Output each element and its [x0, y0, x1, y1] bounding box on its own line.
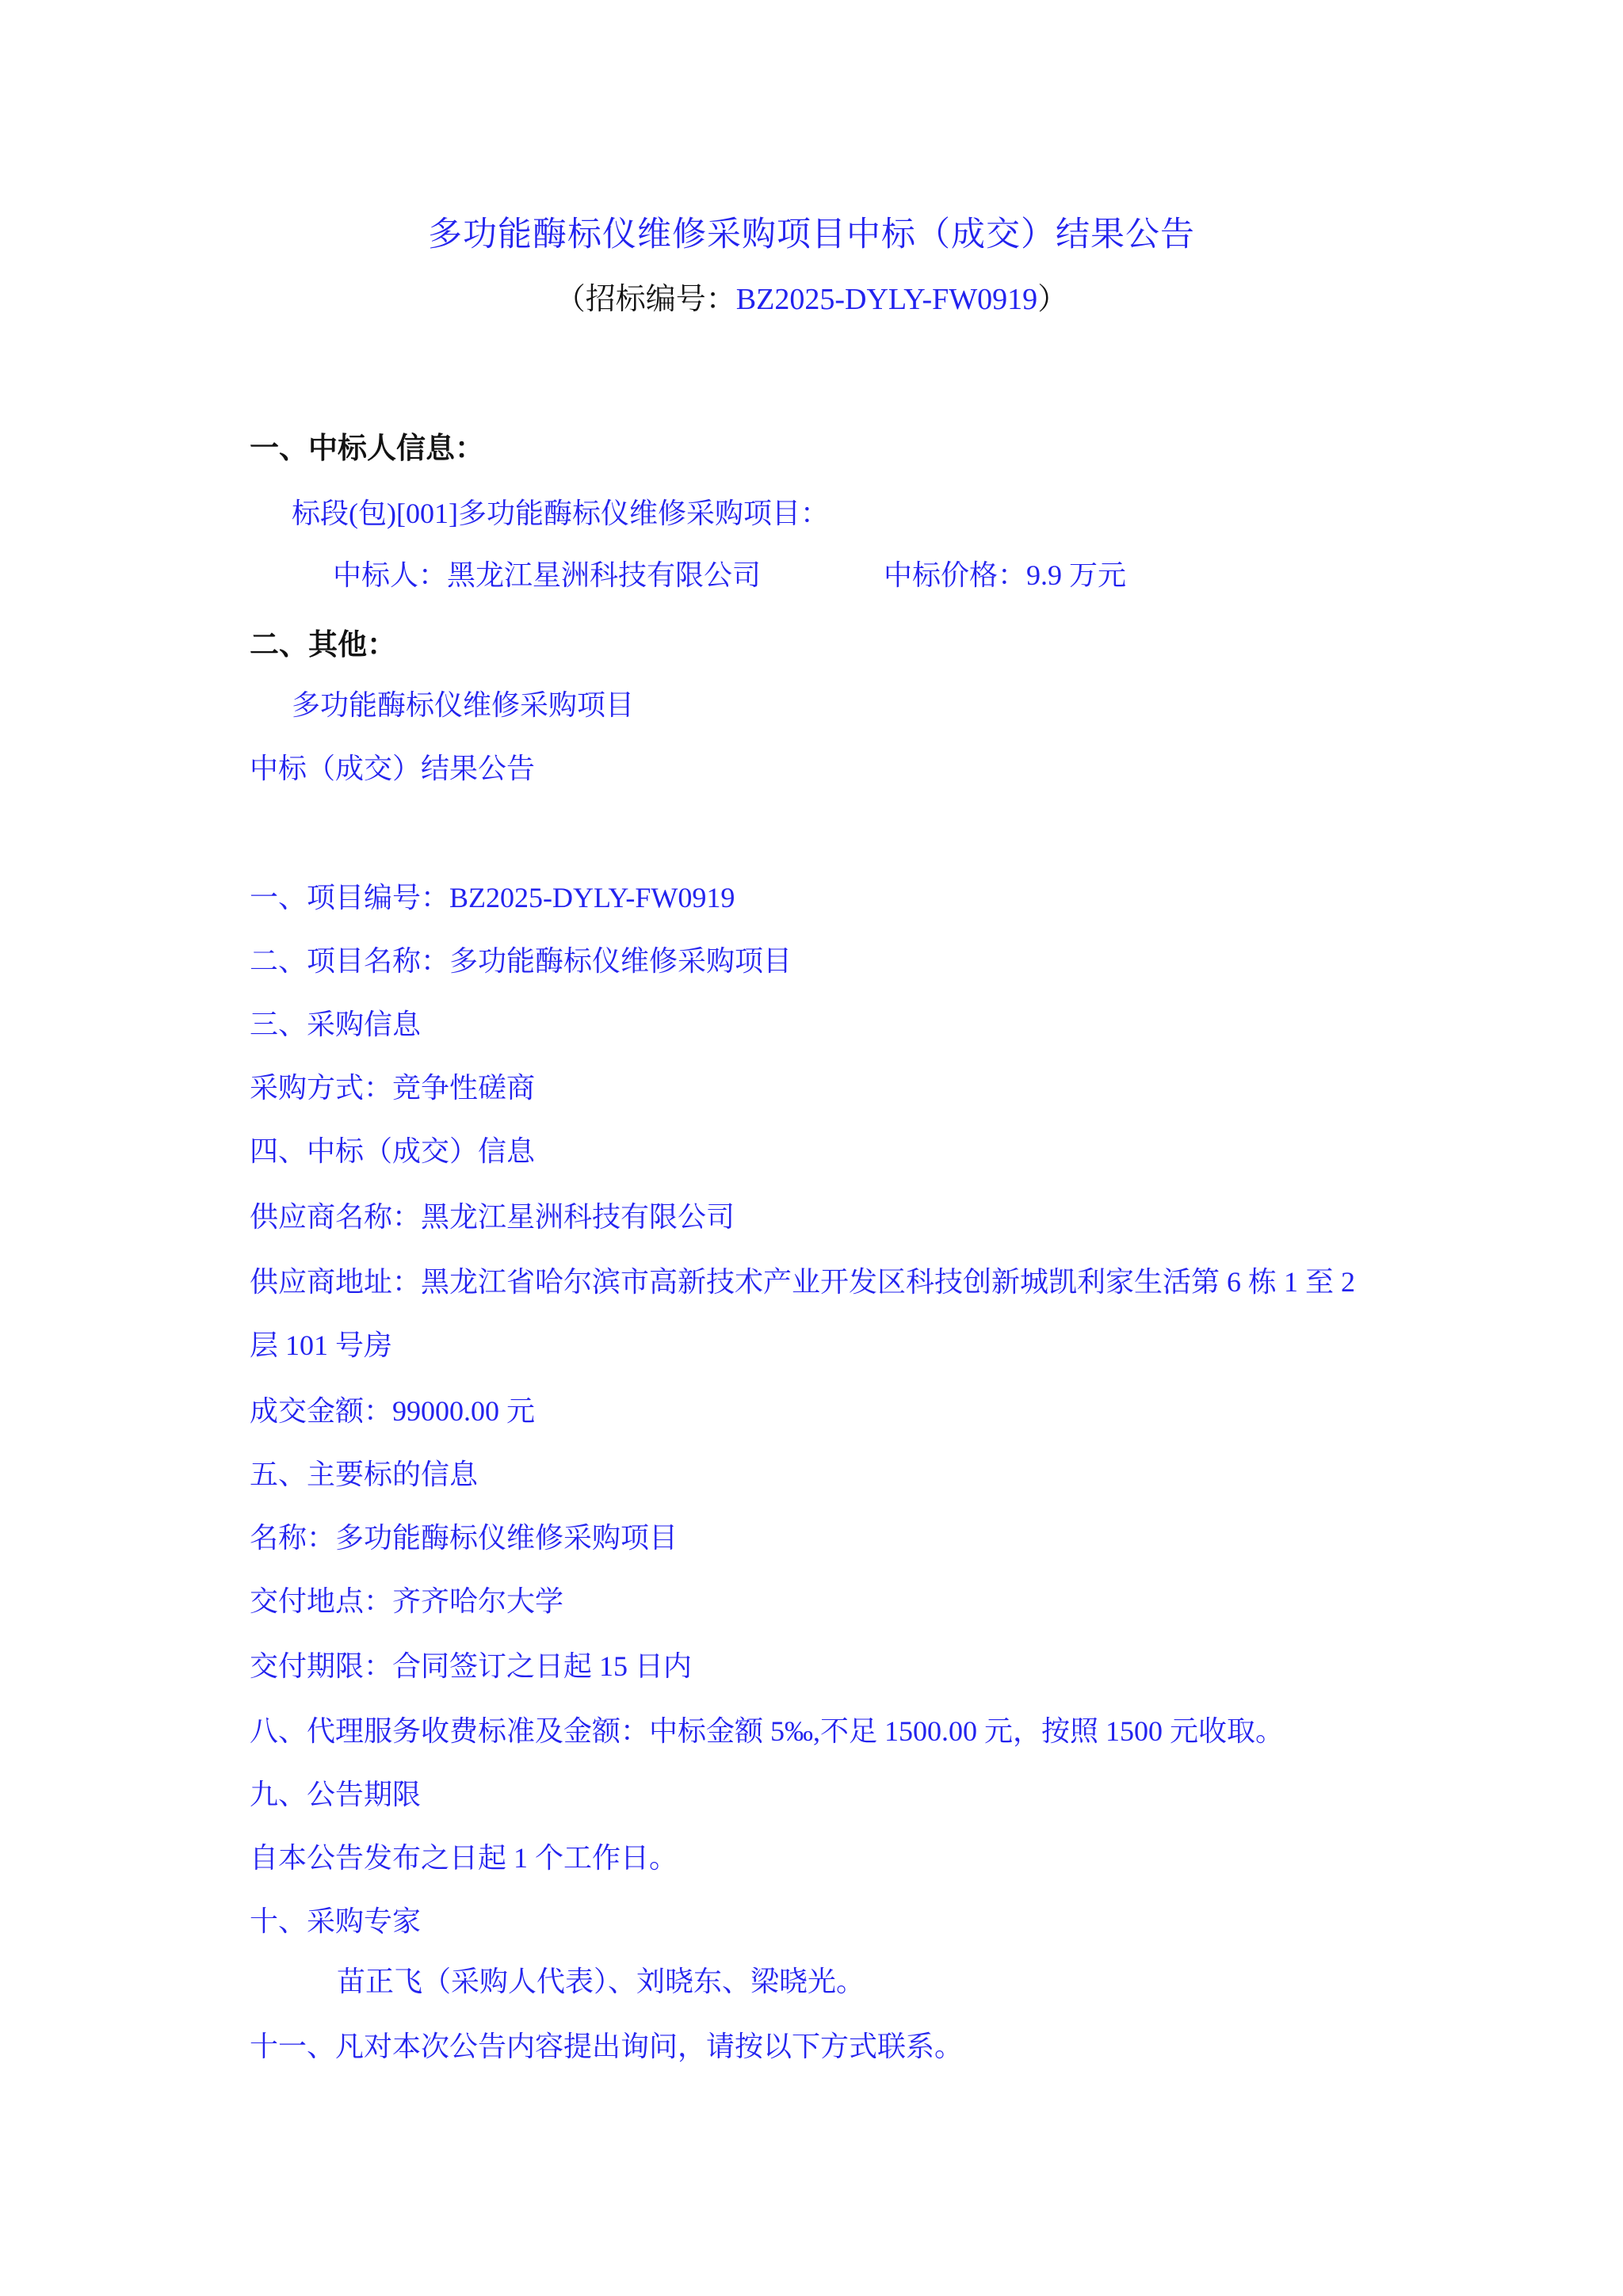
announcement-period-heading: 九、公告期限	[250, 1772, 421, 1813]
experts-line: 苗正飞（采购人代表）、刘晓东、梁晓光。	[337, 1959, 865, 2000]
subject-info-heading: 五、主要标的信息	[250, 1452, 478, 1493]
tender-number-line: （招标编号：BZ2025-DYLY-FW0919）	[0, 274, 1623, 318]
tender-number: BZ2025-DYLY-FW0919	[736, 283, 1037, 316]
procurement-method-line: 采购方式：竞争性磋商	[250, 1066, 535, 1106]
experts-heading: 十、采购专家	[250, 1899, 421, 1939]
project-number-line: 一、项目编号：BZ2025-DYLY-FW0919	[250, 875, 735, 916]
section-winner-heading: 一、中标人信息：	[250, 424, 484, 467]
supplier-address-line-2: 层 101 号房	[250, 1323, 392, 1363]
deal-amount-line: 成交金额：99000.00 元	[250, 1389, 535, 1429]
tender-number-prefix: （招标编号：	[556, 283, 736, 316]
procurement-info-heading: 三、采购信息	[250, 1002, 421, 1043]
other-announcement-title: 中标（成交）结果公告	[250, 746, 535, 787]
supplier-name-line: 供应商名称：黑龙江星洲科技有限公司	[250, 1195, 735, 1235]
subject-name-line: 名称：多功能酶标仪维修采购项目	[250, 1516, 678, 1556]
award-info-heading: 四、中标（成交）信息	[250, 1129, 535, 1169]
announcement-period-line: 自本公告发布之日起 1 个工作日。	[250, 1836, 678, 1876]
lot-line: 标段(包)[001]多功能酶标仪维修采购项目：	[292, 491, 829, 532]
supplier-address-line-1: 供应商地址：黑龙江省哈尔滨市高新技术产业开发区科技创新城凯利家生活第 6 栋 1…	[250, 1260, 1355, 1300]
winner-price: 中标价格：9.9 万元	[884, 553, 1126, 593]
section-other-heading: 二、其他：	[250, 620, 396, 663]
tender-number-suffix: ）	[1037, 283, 1067, 316]
delivery-term-line: 交付期限：合同签订之日起 15 日内	[250, 1644, 692, 1684]
document-page: 多功能酶标仪维修采购项目中标（成交）结果公告 （招标编号：BZ2025-DYLY…	[0, 0, 1623, 2296]
winner-name: 中标人：黑龙江星洲科技有限公司	[333, 553, 761, 593]
other-project-name: 多功能酶标仪维修采购项目	[292, 683, 634, 723]
document-title: 多功能酶标仪维修采购项目中标（成交）结果公告	[0, 208, 1623, 256]
agency-fee-line: 八、代理服务收费标准及金额：中标金额 5‰,不足 1500.00 元，按照 15…	[250, 1709, 1284, 1749]
contact-line: 十一、凡对本次公告内容提出询问，请按以下方式联系。	[250, 2024, 963, 2065]
delivery-place-line: 交付地点：齐齐哈尔大学	[250, 1579, 563, 1619]
project-name-line: 二、项目名称：多功能酶标仪维修采购项目	[250, 939, 792, 979]
